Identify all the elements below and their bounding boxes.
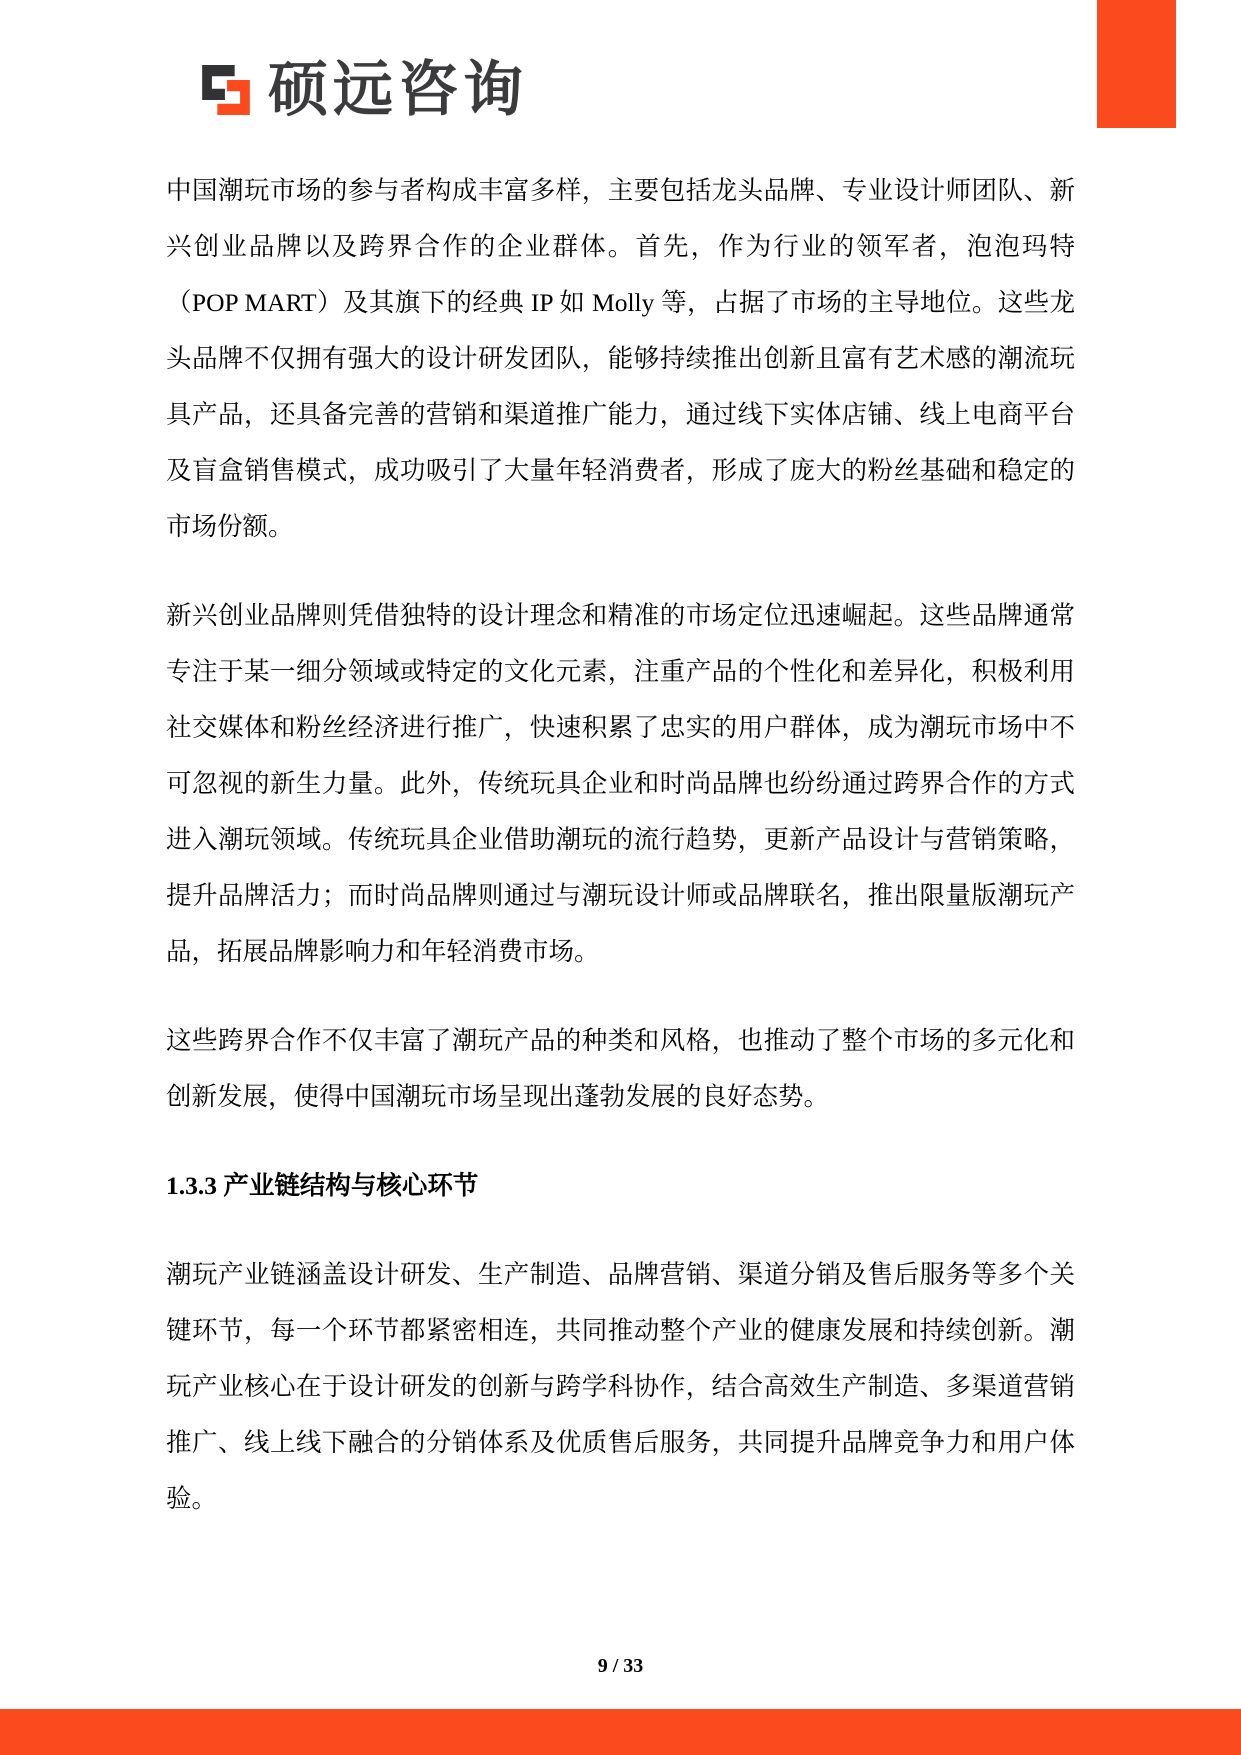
paragraph-crossover-summary: 这些跨界合作不仅丰富了潮玩产品的种类和风格，也推动了整个市场的多元化和创新发展，…	[166, 1013, 1075, 1125]
paragraph-emerging-brands: 新兴创业品牌则凭借独特的设计理念和精准的市场定位迅速崛起。这些品牌通常专注于某一…	[166, 588, 1075, 980]
section-heading-1-3-3: 1.3.3 产业链结构与核心环节	[166, 1158, 1075, 1214]
brand-logo-icon	[200, 60, 252, 120]
brand-logo: 硕远咨询	[200, 60, 528, 120]
paragraph-industry-chain: 潮玩产业链涵盖设计研发、生产制造、品牌营销、渠道分销及售后服务等多个关键环节，每…	[166, 1247, 1075, 1527]
report-page: 硕远咨询 中国潮玩市场的参与者构成丰富多样，主要包括龙头品牌、专业设计师团队、新…	[0, 0, 1241, 1755]
bottom-accent-bar	[0, 1709, 1241, 1755]
paragraph-market-participants: 中国潮玩市场的参与者构成丰富多样，主要包括龙头品牌、专业设计师团队、新兴创业品牌…	[166, 163, 1075, 555]
brand-name: 硕远咨询	[268, 60, 528, 120]
page-number: 9 / 33	[0, 1655, 1241, 1678]
top-right-accent-block	[1097, 0, 1176, 128]
document-body: 中国潮玩市场的参与者构成丰富多样，主要包括龙头品牌、专业设计师团队、新兴创业品牌…	[166, 163, 1075, 1560]
